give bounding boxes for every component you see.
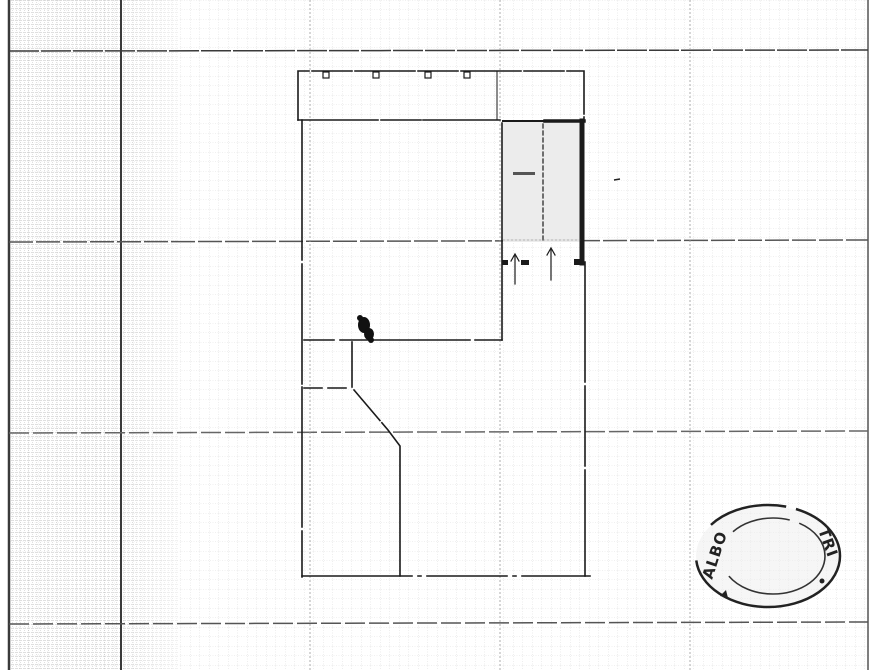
official-stamp: ALBO TRI: [696, 505, 842, 607]
stamp-dot: [820, 579, 825, 584]
room-label-mark: [513, 172, 535, 175]
floor-plan-sheet: — ALBO TRI: [0, 0, 893, 670]
service-bay-fill: [503, 122, 581, 242]
